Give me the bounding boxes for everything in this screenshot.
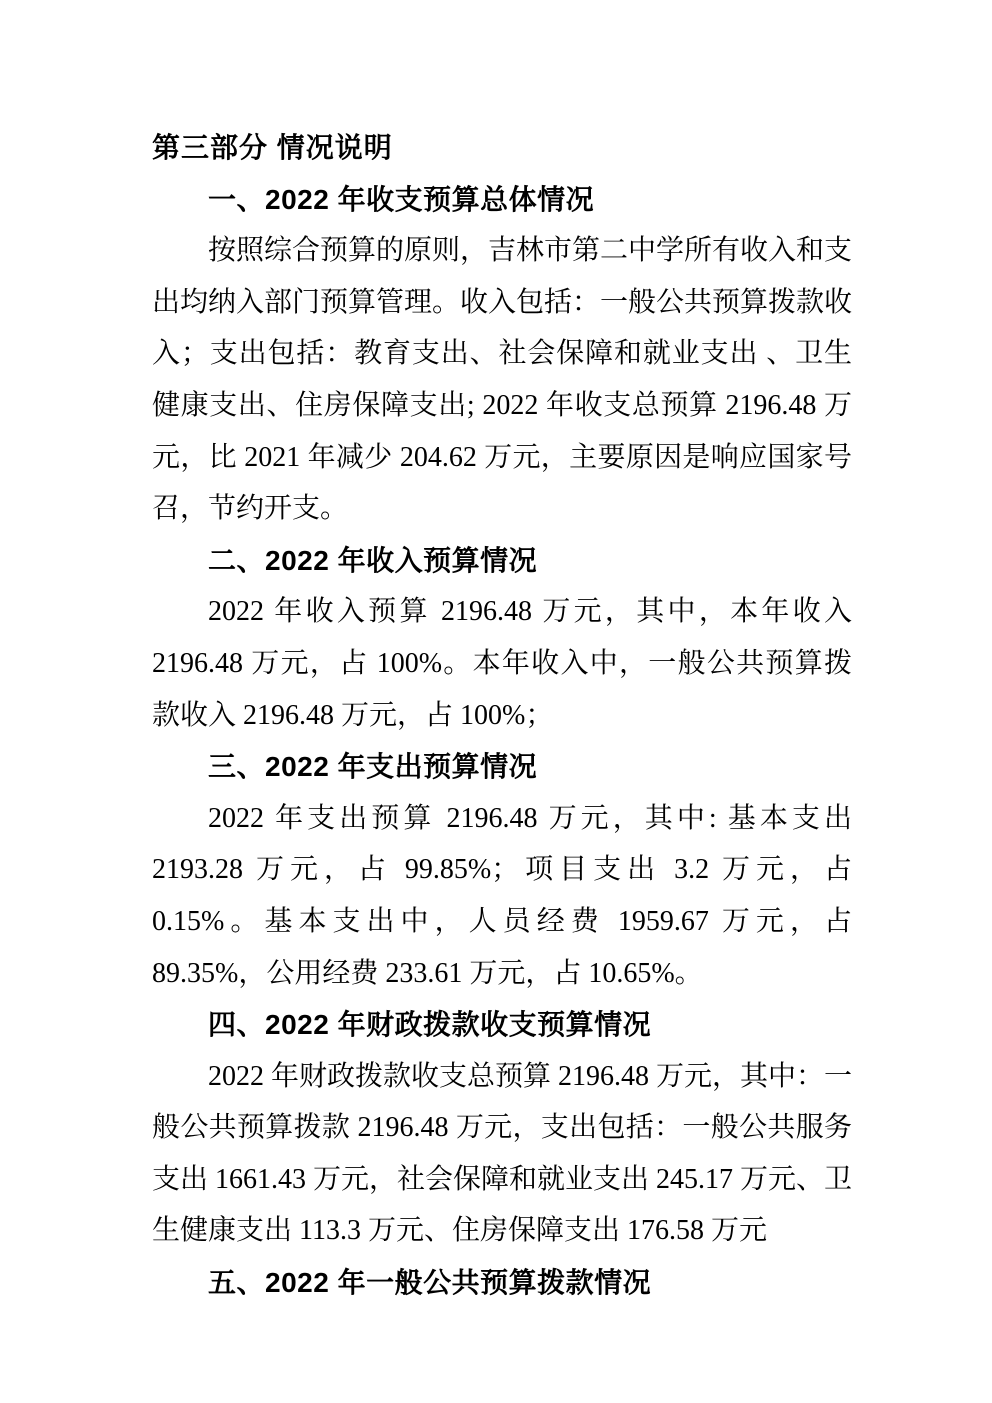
section-1-paragraph: 按照综合预算的原则，吉林市第二中学所有收入和支出均纳入部门预算管理。收入包括：一… (152, 225, 852, 535)
section-4-paragraph: 2022 年财政拨款收支总预算 2196.48 万元，其中：一般公共预算拨款 2… (152, 1051, 852, 1257)
section-3-heading: 三、2022 年支出预算情况 (152, 741, 852, 793)
section-4-heading: 四、2022 年财政拨款收支预算情况 (152, 999, 852, 1051)
document-page: 第三部分 情况说明 一、2022 年收支预算总体情况 按照综合预算的原则，吉林市… (0, 0, 992, 1403)
section-1-heading: 一、2022 年收支预算总体情况 (152, 174, 852, 226)
part-title: 第三部分 情况说明 (152, 122, 852, 174)
section-3-paragraph: 2022 年支出预算 2196.48 万元，其中: 基本支出 2193.28 万… (152, 793, 852, 999)
section-2-heading: 二、2022 年收入预算情况 (152, 535, 852, 587)
section-2-paragraph: 2022 年收入预算 2196.48 万元，其中，本年收入 2196.48 万元… (152, 586, 852, 741)
section-5-heading: 五、2022 年一般公共预算拨款情况 (152, 1257, 852, 1309)
